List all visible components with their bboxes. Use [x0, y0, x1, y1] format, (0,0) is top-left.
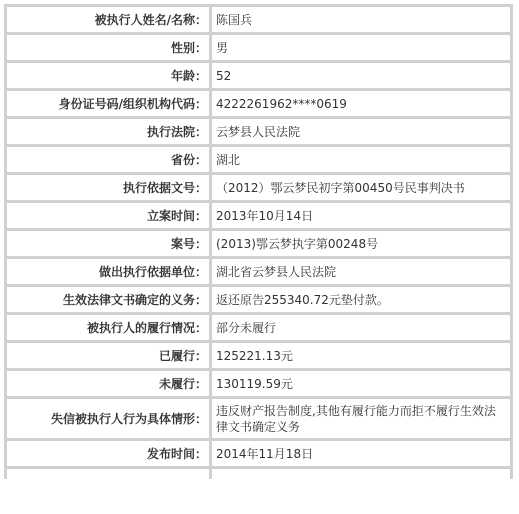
- row-performed: 已履行： 125221.13元: [6, 342, 512, 370]
- performed-value: 125221.13元: [211, 342, 512, 370]
- row-cut-off: [6, 468, 512, 480]
- court-value: 云梦县人民法院: [211, 118, 512, 146]
- cut-off-value-cell: [211, 468, 512, 480]
- obligation-label: 生效法律文书确定的义务：: [6, 286, 211, 314]
- dishonest-behavior-label: 失信被执行人行为具体情形：: [6, 398, 211, 440]
- row-age: 年龄： 52: [6, 62, 512, 90]
- performed-label: 已履行：: [6, 342, 211, 370]
- age-label: 年龄：: [6, 62, 211, 90]
- case-number-value: (2013)鄂云梦执字第00248号: [211, 230, 512, 258]
- publish-date-label: 发布时间：: [6, 440, 211, 468]
- row-name: 被执行人姓名/名称： 陈国兵: [6, 6, 512, 34]
- gender-label: 性别：: [6, 34, 211, 62]
- unperformed-label: 未履行：: [6, 370, 211, 398]
- basis-doc-number-label: 执行依据文号：: [6, 174, 211, 202]
- row-performance-status: 被执行人的履行情况： 部分未履行: [6, 314, 512, 342]
- filing-date-value: 2013年10月14日: [211, 202, 512, 230]
- basis-issuer-value: 湖北省云梦县人民法院: [211, 258, 512, 286]
- cut-off-label-cell: [6, 468, 211, 480]
- province-label: 省份：: [6, 146, 211, 174]
- row-case-number: 案号： (2013)鄂云梦执字第00248号: [6, 230, 512, 258]
- row-court: 执行法院： 云梦县人民法院: [6, 118, 512, 146]
- id-number-value: 4222261962****0619: [211, 90, 512, 118]
- row-basis-issuer: 做出执行依据单位： 湖北省云梦县人民法院: [6, 258, 512, 286]
- id-number-label: 身份证号码/组织机构代码：: [6, 90, 211, 118]
- debtor-info-table: 被执行人姓名/名称： 陈国兵 性别： 男 年龄： 52 身份证号码/组织机构代码…: [4, 4, 513, 479]
- row-filing-date: 立案时间： 2013年10月14日: [6, 202, 512, 230]
- basis-issuer-label: 做出执行依据单位：: [6, 258, 211, 286]
- performance-status-label: 被执行人的履行情况：: [6, 314, 211, 342]
- row-unperformed: 未履行： 130119.59元: [6, 370, 512, 398]
- row-basis-doc-number: 执行依据文号： （2012）鄂云梦民初字第00450号民事判决书: [6, 174, 512, 202]
- row-obligation: 生效法律文书确定的义务： 返还原告255340.72元垫付款。: [6, 286, 512, 314]
- performance-status-value: 部分未履行: [211, 314, 512, 342]
- row-publish-date: 发布时间： 2014年11月18日: [6, 440, 512, 468]
- age-value: 52: [211, 62, 512, 90]
- row-province: 省份： 湖北: [6, 146, 512, 174]
- basis-doc-number-value: （2012）鄂云梦民初字第00450号民事判决书: [211, 174, 512, 202]
- row-dishonest-behavior: 失信被执行人行为具体情形： 违反财产报告制度,其他有履行能力而拒不履行生效法律文…: [6, 398, 512, 440]
- row-gender: 性别： 男: [6, 34, 512, 62]
- dishonest-behavior-value: 违反财产报告制度,其他有履行能力而拒不履行生效法律文书确定义务: [211, 398, 512, 440]
- case-number-label: 案号：: [6, 230, 211, 258]
- gender-value: 男: [211, 34, 512, 62]
- filing-date-label: 立案时间：: [6, 202, 211, 230]
- name-label: 被执行人姓名/名称：: [6, 6, 211, 34]
- court-label: 执行法院：: [6, 118, 211, 146]
- name-value: 陈国兵: [211, 6, 512, 34]
- unperformed-value: 130119.59元: [211, 370, 512, 398]
- row-id-number: 身份证号码/组织机构代码： 4222261962****0619: [6, 90, 512, 118]
- publish-date-value: 2014年11月18日: [211, 440, 512, 468]
- province-value: 湖北: [211, 146, 512, 174]
- obligation-value: 返还原告255340.72元垫付款。: [211, 286, 512, 314]
